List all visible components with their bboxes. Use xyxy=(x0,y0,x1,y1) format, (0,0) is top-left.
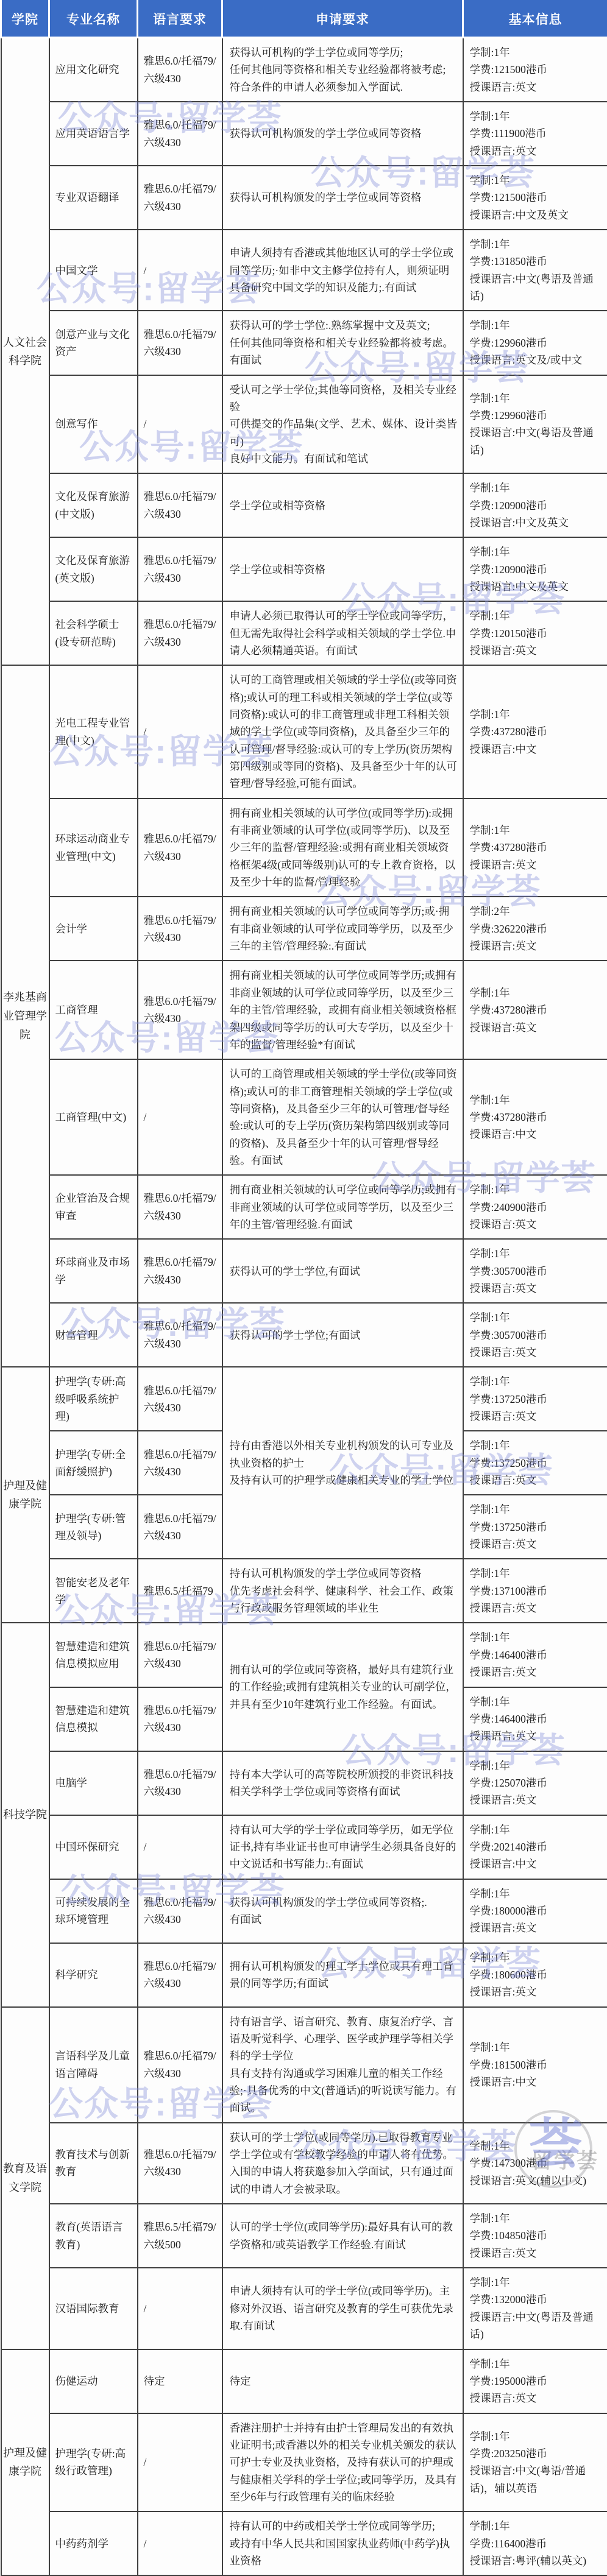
program-row: 中国环保研究/持有认可大学的学士学位或同等学历，如无学位证书,持有毕业证书也可申… xyxy=(1,1815,607,1879)
basic-info-cell: 学制:1年 学费:202140港币 授课语言:中文 xyxy=(463,1815,607,1879)
major-cell: 护理学(专研:管理及领导) xyxy=(49,1495,138,1559)
application-requirement-cell: 持有认可的中药或相关学士学位或同等学历; 或持有中华人民共和国国家执业药师(中药… xyxy=(222,2511,463,2575)
application-requirement-cell: 学士学位或相等资格 xyxy=(222,473,463,537)
program-row: 文化及保育旅游(中文版)雅思6.0/托福79/六级430学士学位或相等资格学制:… xyxy=(1,473,607,537)
language-requirement-cell: 雅思6.0/托福79/六级430 xyxy=(138,1495,222,1559)
language-requirement-cell: / xyxy=(138,1815,222,1879)
language-requirement-cell: 雅思6.0/托福79/六级430 xyxy=(138,1175,222,1239)
basic-info-cell: 学制:1年 学费:129960港币 授课语言:中文(粤语及普通话) xyxy=(463,375,607,474)
language-requirement-cell: / xyxy=(138,2511,222,2575)
application-requirement-cell: 受认可之学士学位;其他等同资格，及相关专业经验 可供提交的作品集(文学、艺术、媒… xyxy=(222,375,463,474)
language-requirement-cell: 雅思6.0/托福79/六级430 xyxy=(138,1943,222,2007)
basic-info-cell: 学制:1年 学费:121500港币 授课语言:英文 xyxy=(463,38,607,102)
basic-info-cell: 学制:1年 学费:180000港币 授课语言:英文 xyxy=(463,1879,607,1943)
program-row: 教育技术与创新教育雅思6.0/托福79/六级430获认可的学士学位(或同等学历)… xyxy=(1,2123,607,2204)
language-requirement-cell: / xyxy=(138,665,222,798)
major-cell: 会计学 xyxy=(49,897,138,961)
program-row: 应用英语语言学雅思6.0/托福79/六级430获得认可机构颁发的学士学位或同等资… xyxy=(1,102,607,166)
basic-info-cell: 学制:1年 学费:120900港币 授课语言:中文及英文 xyxy=(463,473,607,537)
program-row: 人文社会科学院应用文化研究雅思6.0/托福79/六级430获得认可机构的学士学位… xyxy=(1,38,607,102)
major-cell: 专业双语翻译 xyxy=(49,166,138,230)
major-cell: 教育(英语语言教育) xyxy=(49,2204,138,2268)
program-row: 科技学院智慧建造和建筑信息模拟应用雅思6.0/托福79/六级430拥有认可的学位… xyxy=(1,1623,607,1687)
program-row: 会计学雅思6.0/托福79/六级430拥有商业相关领域的认可学位或同等学历;或·… xyxy=(1,897,607,961)
program-row: 社会科学硕士(设专研范畴)雅思6.0/托福79/六级430申请人必须已取得认可的… xyxy=(1,601,607,665)
column-header: 专业名称 xyxy=(49,1,138,38)
program-row: 创意写作/受认可之学士学位;其他等同资格，及相关专业经验 可供提交的作品集(文学… xyxy=(1,375,607,474)
basic-info-cell: 学制:1年 学费:131850港币 授课语言:中文(粤语及普通话) xyxy=(463,230,607,311)
language-requirement-cell: 雅思6.0/托福79/六级430 xyxy=(138,166,222,230)
program-row: 工商管理(中文)/认可的工商管理或相关领域的学士学位(或等同资格);或认可的非工… xyxy=(1,1059,607,1175)
program-row: 中国文学/申请人须持有香港或其他地区认可的学士学位或同等学历;·如非中文主修学位… xyxy=(1,230,607,311)
language-requirement-cell: 雅思6.0/托福79/六级430 xyxy=(138,601,222,665)
application-requirement-cell: 获认可的学士学位(或同等学历).已取得教育专业学士学位或有学校教学经验的申请人将… xyxy=(222,2123,463,2204)
application-requirement-cell: 持有由香港以外相关专业机构颁发的认可专业及执业资格的护士 及持有认可的护理学或健… xyxy=(222,1367,463,1559)
program-row: 汉语国际教育/申请人须持有认可的学士学位(或同等学历)。主修对外汉语、语言研究及… xyxy=(1,2268,607,2349)
application-requirement-cell: 持有认可机构颁发的学士学位或同等资格 优先考虑社会科学、健康科学、社会工作、政策… xyxy=(222,1559,463,1623)
program-row: 电脑学雅思6.0/托福79/六级430持有本大学认可的高等院校所颁授的非资讯科技… xyxy=(1,1751,607,1815)
column-header: 学院 xyxy=(1,1,49,38)
major-cell: 伤健运动 xyxy=(49,2349,138,2413)
application-requirement-cell: 认可的工商管理或相关领域的学士学位(或等同资格);或认可的非工商管理相关领域的学… xyxy=(222,1059,463,1175)
basic-info-cell: 学制:1年 学费:437280港币 授课语言:英文 xyxy=(463,799,607,897)
major-cell: 智慧建造和建筑信息模拟 xyxy=(49,1687,138,1751)
language-requirement-cell: 雅思6.0/托福79/六级430 xyxy=(138,311,222,375)
program-row: 文化及保育旅游(英文版)雅思6.0/托福79/六级430学士学位或相等资格学制:… xyxy=(1,537,607,601)
major-cell: 工商管理(中文) xyxy=(49,1059,138,1175)
basic-info-cell: 学制:1年 学费:111900港币 授课语言:英文 xyxy=(463,102,607,166)
language-requirement-cell: 雅思6.0/托福79/六级430 xyxy=(138,537,222,601)
basic-info-cell: 学制:1年 学费:120900港币 授课语言:中文及英文 xyxy=(463,537,607,601)
language-requirement-cell: 雅思6.0/托福79/六级430 xyxy=(138,1303,222,1367)
major-cell: 言语科学及儿童语言障碍 xyxy=(49,2007,138,2123)
college-cell: 人文社会科学院 xyxy=(1,38,49,666)
column-header: 基本信息 xyxy=(463,1,607,38)
program-row: 教育(英语语言教育)雅思6.5/托福79/六级500认可的学士学位(或同等学历)… xyxy=(1,2204,607,2268)
application-requirement-cell: 申请人必须已取得认可的学士学位或同等学历，但无需先取得社会科学或相关领域的学士学… xyxy=(222,601,463,665)
major-cell: 汉语国际教育 xyxy=(49,2268,138,2349)
application-requirement-cell: 拥有认可的学位或同等资格，最好具有建筑行业的工作经验;或拥有建筑相关专业的认可副… xyxy=(222,1623,463,1751)
language-requirement-cell: / xyxy=(138,2413,222,2512)
program-row: 环球商业及市场学雅思6.0/托福79/六级430获得认可的学士学位,有面试学制:… xyxy=(1,1239,607,1303)
basic-info-cell: 学制:1年 学费:121500港币 授课语言:中文及英文 xyxy=(463,166,607,230)
major-cell: 应用英语语言学 xyxy=(49,102,138,166)
program-row: 护理及健康学院伤健运动待定待定学制:1年 学费:195000港币 授课语言:英文 xyxy=(1,2349,607,2413)
basic-info-cell: 学制:1年 学费:125070港币 授课语言:英文 xyxy=(463,1751,607,1815)
application-requirement-cell: 申请人须持有认可的学士学位(或同等学历)。主修对外汉语、语言研究及教育的学生可获… xyxy=(222,2268,463,2349)
major-cell: 护理学(专研:全面舒缓照护) xyxy=(49,1431,138,1495)
language-requirement-cell: / xyxy=(138,2268,222,2349)
language-requirement-cell: 雅思6.0/托福79/六级430 xyxy=(138,2007,222,2123)
program-row: 企业管治及合规审查雅思6.0/托福79/六级430拥有商业相关领域的认可学位或同… xyxy=(1,1175,607,1239)
basic-info-cell: 学制:1年 学费:120150港币 授课语言:英文 xyxy=(463,601,607,665)
major-cell: 创意写作 xyxy=(49,375,138,474)
language-requirement-cell: 雅思6.0/托福79/六级430 xyxy=(138,799,222,897)
college-cell: 护理及健康学院 xyxy=(1,2349,49,2576)
application-requirement-cell: 获得认可机构颁发的学士学位或同等资格;. 有面试 xyxy=(222,1879,463,1943)
basic-info-cell: 学制:1年 学费:181500港币 授课语言:中文 xyxy=(463,2007,607,2123)
college-cell: 科技学院 xyxy=(1,1623,49,2006)
program-row: 环球运动商业专业管理(中文)雅思6.0/托福79/六级430拥有商业相关领域的认… xyxy=(1,799,607,897)
basic-info-cell: 学制:1年 学费:116400港币 授课语言:粤评(辅以英文) xyxy=(463,2511,607,2575)
major-cell: 科学研究 xyxy=(49,1943,138,2007)
basic-info-cell: 学制:1年 学费:195000港币 授课语言:英文 xyxy=(463,2349,607,2413)
major-cell: 环球商业及市场学 xyxy=(49,1239,138,1303)
language-requirement-cell: / xyxy=(138,375,222,474)
basic-info-cell: 学制:1年 学费:437280港币 授课语言:中文 xyxy=(463,665,607,798)
program-row: 李兆基商业管理学院光电工程专业管理(中文)/认可的工商管理或相关领域的学士学位(… xyxy=(1,665,607,798)
college-cell: 护理及健康学院 xyxy=(1,1367,49,1623)
major-cell: 智能安老及老年学 xyxy=(49,1559,138,1623)
basic-info-cell: 学制:1年 学费:147300港币 授课语言:英文(辅以中文) xyxy=(463,2123,607,2204)
programs-table-body: 人文社会科学院应用文化研究雅思6.0/托福79/六级430获得认可机构的学士学位… xyxy=(1,38,607,2576)
application-requirement-cell: 持有语言学、语言研究、教育、康复治疗学、言语及听觉科学、心理学、医学或护理学等相… xyxy=(222,2007,463,2123)
application-requirement-cell: 拥有商业相关领域的认可学位(或同等学历):或拥有非商业领域的认可学位(或同等学历… xyxy=(222,799,463,897)
language-requirement-cell: / xyxy=(138,1059,222,1175)
major-cell: 环球运动商业专业管理(中文) xyxy=(49,799,138,897)
basic-info-cell: 学制:1年 学费:437280港币 授课语言:中文 xyxy=(463,1059,607,1175)
language-requirement-cell: 雅思6.0/托福79/六级430 xyxy=(138,961,222,1059)
basic-info-cell: 学制:1年 学费:137250港币 授课语言:英文 xyxy=(463,1367,607,1431)
major-cell: 社会科学硕士(设专研范畴) xyxy=(49,601,138,665)
language-requirement-cell: 雅思6.0/托福79/六级430 xyxy=(138,1623,222,1687)
major-cell: 智慧建造和建筑信息模拟应用 xyxy=(49,1623,138,1687)
basic-info-cell: 学制:1年 学费:132000港币 授课语言:中文(粤语及普通话) xyxy=(463,2268,607,2349)
basic-info-cell: 学制:1年 学费:437280港币 授课语言:英文 xyxy=(463,961,607,1059)
application-requirement-cell: 待定 xyxy=(222,2349,463,2413)
programs-table: 学院专业名称语言要求申请要求基本信息 人文社会科学院应用文化研究雅思6.0/托福… xyxy=(0,0,607,2576)
application-requirement-cell: 获得认可的学士学位;有面试 xyxy=(222,1303,463,1367)
major-cell: 文化及保育旅游(英文版) xyxy=(49,537,138,601)
application-requirement-cell: 拥有商业相关领域的认可学位或同等学历;或拥有非商业领域的认可学位或同等学历，以及… xyxy=(222,961,463,1059)
language-requirement-cell: 待定 xyxy=(138,2349,222,2413)
major-cell: 教育技术与创新教育 xyxy=(49,2123,138,2204)
major-cell: 应用文化研究 xyxy=(49,38,138,102)
basic-info-cell: 学制:1年 学费:104850港币 授课语言:英文 xyxy=(463,2204,607,2268)
basic-info-cell: 学制:1年 学费:137100港币 授课语言:英文 xyxy=(463,1559,607,1623)
language-requirement-cell: 雅思6.0/托福79/六级430 xyxy=(138,1879,222,1943)
application-requirement-cell: 持有认可大学的学士学位或同等学历，如无学位证书,持有毕业证书也可申请学生必须具备… xyxy=(222,1815,463,1879)
basic-info-cell: 学制:1年 学费:137250港币 授课语言:英文 xyxy=(463,1495,607,1559)
college-cell: 李兆基商业管理学院 xyxy=(1,665,49,1367)
language-requirement-cell: 雅思6.5/托福79/六级500 xyxy=(138,2204,222,2268)
major-cell: 光电工程专业管理(中文) xyxy=(49,665,138,798)
program-row: 科学研究雅思6.0/托福79/六级430拥有认可机构颁发的理工学士学位或具有理工… xyxy=(1,1943,607,2007)
language-requirement-cell: 雅思6.0/托福79/六级430 xyxy=(138,1367,222,1431)
language-requirement-cell: 雅思6.0/托福79/六级430 xyxy=(138,473,222,537)
application-requirement-cell: 获得认可的学士学位,有面试 xyxy=(222,1239,463,1303)
major-cell: 中药药剂学 xyxy=(49,2511,138,2575)
application-requirement-cell: 获得认可的学士学位:.熟练掌握中文及英文; 任何其他同等资格和相关专业经验都将被… xyxy=(222,311,463,375)
application-requirement-cell: 申请人须持有香港或其他地区认可的学士学位或同等学历;·如非中文主修学位持有人，则… xyxy=(222,230,463,311)
column-header: 语言要求 xyxy=(138,1,222,38)
language-requirement-cell: 雅思6.0/托福79/六级430 xyxy=(138,1751,222,1815)
language-requirement-cell: 雅思6.0/托福79/六级430 xyxy=(138,897,222,961)
application-requirement-cell: 获得认可机构的学士学位或同等学历; 任何其他同等资格和相关专业经验都将被考虑; … xyxy=(222,38,463,102)
application-requirement-cell: 获得认可机构颁发的学士学位或同等资格 xyxy=(222,166,463,230)
language-requirement-cell: 雅思6.5/托福79 xyxy=(138,1559,222,1623)
basic-info-cell: 学制:1年 学费:180600港币 授课语言:英文 xyxy=(463,1943,607,2007)
program-row: 中药药剂学/持有认可的中药或相关学士学位或同等学历; 或持有中华人民共和国国家执… xyxy=(1,2511,607,2575)
major-cell: 中国环保研究 xyxy=(49,1815,138,1879)
major-cell: 中国文学 xyxy=(49,230,138,311)
admissions-table-page: 学院专业名称语言要求申请要求基本信息 人文社会科学院应用文化研究雅思6.0/托福… xyxy=(0,0,607,2576)
application-requirement-cell: 学士学位或相等资格 xyxy=(222,537,463,601)
program-row: 护理及健康学院护理学(专研:高级呼吸系统护理)雅思6.0/托福79/六级430持… xyxy=(1,1367,607,1431)
major-cell: 文化及保育旅游(中文版) xyxy=(49,473,138,537)
basic-info-cell: 学制:1年 学费:240900港币 授课语言:英文 xyxy=(463,1175,607,1239)
program-row: 教育及语文学院言语科学及儿童语言障碍雅思6.0/托福79/六级430持有语言学、… xyxy=(1,2007,607,2123)
major-cell: 财富管理 xyxy=(49,1303,138,1367)
major-cell: 创意产业与文化资产 xyxy=(49,311,138,375)
basic-info-cell: 学制:1年 学费:137250港币 授课语言:英文 xyxy=(463,1431,607,1495)
program-row: 工商管理雅思6.0/托福79/六级430拥有商业相关领域的认可学位或同等学历;或… xyxy=(1,961,607,1059)
major-cell: 护理学(专研:高级行政管理) xyxy=(49,2413,138,2512)
language-requirement-cell: 雅思6.0/托福79/六级430 xyxy=(138,1239,222,1303)
program-row: 专业双语翻译雅思6.0/托福79/六级430获得认可机构颁发的学士学位或同等资格… xyxy=(1,166,607,230)
major-cell: 电脑学 xyxy=(49,1751,138,1815)
basic-info-cell: 学制:1年 学费:203250港币 授课语言:中文(粤语/普通话)，辅以英语 xyxy=(463,2413,607,2512)
language-requirement-cell: 雅思6.0/托福79/六级430 xyxy=(138,1687,222,1751)
header-row: 学院专业名称语言要求申请要求基本信息 xyxy=(1,1,607,38)
column-header: 申请要求 xyxy=(222,1,463,38)
application-requirement-cell: 拥有商业相关领域的认可学位或同等学历;或·拥有非商业领域的认可学位或同等学历，以… xyxy=(222,897,463,961)
college-cell: 教育及语文学院 xyxy=(1,2007,49,2349)
major-cell: 企业管治及合规审查 xyxy=(49,1175,138,1239)
basic-info-cell: 学制:1年 学费:146400港币 授课语言:英文 xyxy=(463,1687,607,1751)
application-requirement-cell: 香港注册护士并持有由护士管理局发出的有效执业证明书;或香港以外的相关专业机关颁发… xyxy=(222,2413,463,2512)
application-requirement-cell: 拥有认可机构颁发的理工学士学位或具有理工背景的同等学历;有面试 xyxy=(222,1943,463,2007)
language-requirement-cell: 雅思6.0/托福79/六级430 xyxy=(138,38,222,102)
program-row: 财富管理雅思6.0/托福79/六级430获得认可的学士学位;有面试学制:1年 学… xyxy=(1,1303,607,1367)
basic-info-cell: 学制:2年 学费:326220港币 授课语言:英文 xyxy=(463,897,607,961)
basic-info-cell: 学制:1年 学费:305700港币 授课语言:英文 xyxy=(463,1303,607,1367)
program-row: 智能安老及老年学雅思6.5/托福79持有认可机构颁发的学士学位或同等资格 优先考… xyxy=(1,1559,607,1623)
program-row: 护理学(专研:高级行政管理)/香港注册护士并持有由护士管理局发出的有效执业证明书… xyxy=(1,2413,607,2512)
basic-info-cell: 学制:1年 学费:129960港币 授课语言:英文及/或中文 xyxy=(463,311,607,375)
program-row: 可持续发展的全球环境管理雅思6.0/托福79/六级430获得认可机构颁发的学士学… xyxy=(1,1879,607,1943)
language-requirement-cell: 雅思6.0/托福79/六级430 xyxy=(138,102,222,166)
basic-info-cell: 学制:1年 学费:305700港币 授课语言:英文 xyxy=(463,1239,607,1303)
application-requirement-cell: 认可的学士学位(或同等学历):最好具有认可的教学资格和/或英语教学工作经验.有面… xyxy=(222,2204,463,2268)
major-cell: 可持续发展的全球环境管理 xyxy=(49,1879,138,1943)
program-row: 创意产业与文化资产雅思6.0/托福79/六级430获得认可的学士学位:.熟练掌握… xyxy=(1,311,607,375)
language-requirement-cell: / xyxy=(138,230,222,311)
application-requirement-cell: 持有本大学认可的高等院校所颁授的非资讯科技相关学科学士学位或同等资格有面试 xyxy=(222,1751,463,1815)
major-cell: 工商管理 xyxy=(49,961,138,1059)
major-cell: 护理学(专研:高级呼吸系统护理) xyxy=(49,1367,138,1431)
language-requirement-cell: 雅思6.0/托福79/六级430 xyxy=(138,1431,222,1495)
basic-info-cell: 学制:1年 学费:146400港币 授课语言:英文 xyxy=(463,1623,607,1687)
application-requirement-cell: 获得认可机构颁发的学士学位或同等资格 xyxy=(222,102,463,166)
language-requirement-cell: 雅思6.0/托福79/六级430 xyxy=(138,2123,222,2204)
application-requirement-cell: 拥有商业相关领域的认可学位或同等学历;或拥有非商业领域的认可学位或同等学历，以及… xyxy=(222,1175,463,1239)
application-requirement-cell: 认可的工商管理或相关领域的学士学位(或等同资格);或认可的理工科或相关领域的学士… xyxy=(222,665,463,798)
